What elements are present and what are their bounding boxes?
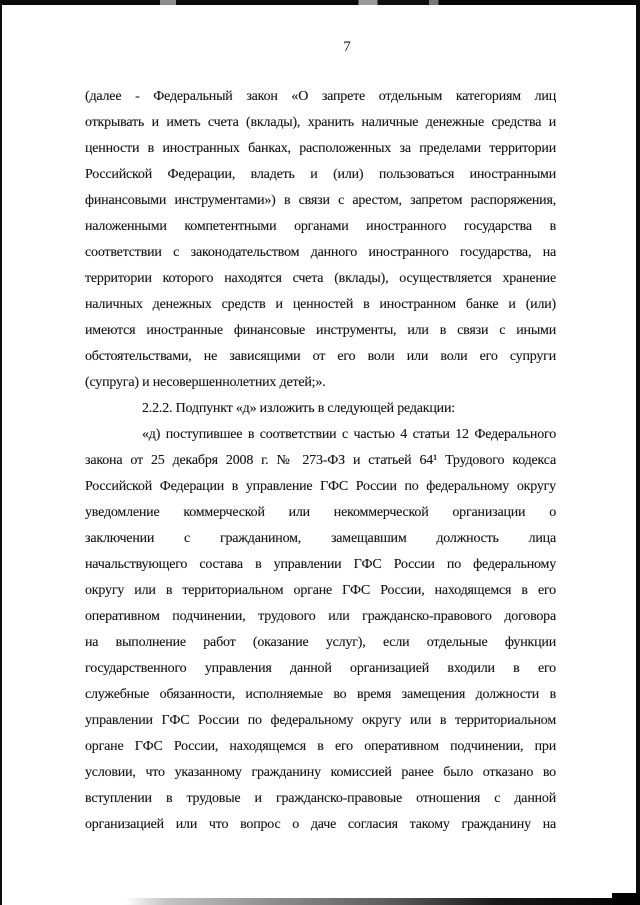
text-line: Российской Федерации, владеть и (или) по… (85, 162, 556, 188)
text-line: обстоятельствами, не зависящими от его в… (85, 344, 556, 370)
text-line: заключении с гражданином, замещавшим дол… (85, 526, 556, 552)
text-line: оперативном подчинении, трудового или гр… (85, 604, 556, 630)
text-line: органе ГФС России, находящемся в его опе… (85, 734, 556, 760)
text-line: закона от 25 декабря 2008 г. № 273-ФЗ и … (85, 448, 556, 474)
text-line: государственного управления данной орган… (85, 656, 556, 682)
top-edge-scan-bar (0, 0, 640, 5)
text-line: уведомление коммерческой или некоммерчес… (85, 500, 556, 526)
text-line: наличных денежных средств и ценностей в … (85, 292, 556, 318)
text-line: «д) поступившее в соответствии с частью … (85, 422, 556, 448)
text-line: (далее - Федеральный закон «О запрете от… (85, 84, 556, 110)
paragraph: «д) поступившее в соответствии с частью … (85, 422, 556, 838)
text-line: условии, что указанному гражданину комис… (85, 760, 556, 786)
page-number: 7 (27, 38, 640, 56)
scanned-document-page: 7 (далее - Федеральный закон «О запрете … (0, 0, 640, 905)
text-line: открывать и иметь счета (вклады), хранит… (85, 110, 556, 136)
text-line: служебные обязанности, исполняемые во вр… (85, 682, 556, 708)
bottom-right-corner-mark (612, 893, 640, 905)
text-line: вступлении в трудовые и гражданско-право… (85, 786, 556, 812)
text-line: финансовыми инструментами») в связи с ар… (85, 188, 556, 214)
text-line: начальствующего состава в управлении ГФС… (85, 552, 556, 578)
paragraph: 2.2.2. Подпункт «д» изложить в следующей… (85, 396, 556, 422)
paragraph: (далее - Федеральный закон «О запрете от… (85, 84, 556, 396)
text-line: Российской Федерации в управление ГФС Ро… (85, 474, 556, 500)
text-line: наложенными компетентными органами иност… (85, 214, 556, 240)
text-line: организацией или что вопрос о даче согла… (85, 812, 556, 838)
document-body: (далее - Федеральный закон «О запрете от… (85, 84, 556, 838)
text-line: на выполнение работ (оказание услуг), ес… (85, 630, 556, 656)
text-line: 2.2.2. Подпункт «д» изложить в следующей… (85, 396, 556, 422)
text-line: имеются иностранные финансовые инструмен… (85, 318, 556, 344)
text-line: ценности в иностранных банках, расположе… (85, 136, 556, 162)
text-line: (супруга) и несовершеннолетних детей;». (85, 370, 556, 396)
left-edge-scan-line (0, 0, 2, 905)
bottom-edge-scan-bar (125, 898, 640, 905)
text-line: управлении ГФС России по федеральному ок… (85, 708, 556, 734)
text-line: соответствии с законодательством данного… (85, 240, 556, 266)
text-line: округу или в территориальном органе ГФС … (85, 578, 556, 604)
text-line: территории которого находятся счета (вкл… (85, 266, 556, 292)
right-edge-scan-line (636, 0, 640, 905)
